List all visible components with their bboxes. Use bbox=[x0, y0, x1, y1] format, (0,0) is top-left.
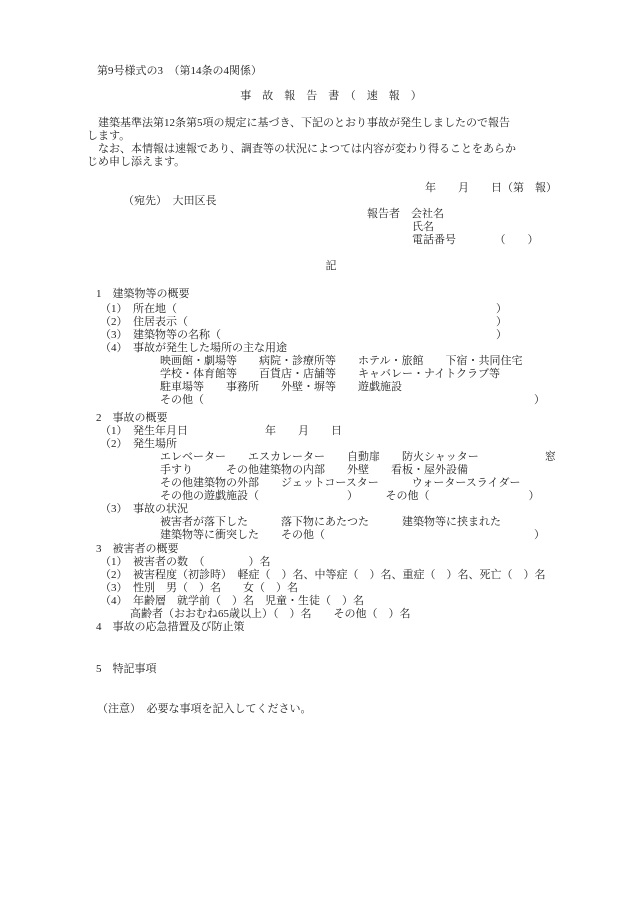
reporter-company-field: 会社名 bbox=[400, 208, 444, 220]
accident-report-document: 第9号様式の3 （第14条の4関係） 事 故 報 告 書 （ 速 報 ） 建築基… bbox=[0, 0, 630, 903]
s2-place-options-2: 手すり その他建築物の内部 外壁 看板・屋外設備 bbox=[87, 464, 575, 477]
s1-use-options-3: 駐車場等 事務所 外壁・塀等 遊戯施設 bbox=[87, 381, 575, 394]
s1-use-options-2: 学校・体育館等 百貨店・店舗等 キャバレー・ナイトクラブ等 bbox=[87, 368, 575, 381]
reporter-line: 報告者会社名 bbox=[87, 208, 575, 221]
section-3-heading: 3 被害者の概要 bbox=[87, 543, 575, 556]
report-date-line: 年 月 日（第 報） bbox=[87, 182, 575, 195]
intro-line-1: 建築基準法第12条第5項の規定に基づき、下記のとおり事故が発生しましたので報告 bbox=[87, 117, 575, 130]
section-1-heading: 1 建築物等の概要 bbox=[87, 288, 575, 301]
document-body: 第9号様式の3 （第14条の4関係） 事 故 報 告 書 （ 速 報 ） 建築基… bbox=[87, 65, 575, 716]
intro-line-4: じめ申し添えます。 bbox=[87, 156, 575, 169]
s2-situation-options-2: 建築物等に衝突した その他（ ） bbox=[87, 529, 575, 542]
s1-item-location: （1） 所在地（ ） bbox=[87, 303, 575, 316]
s3-item-age: （4） 年齢層 就学前（ ）名 児童・生徒（ ）名 bbox=[87, 595, 575, 608]
s2-place-options-4: その他の遊戯施設（ ） その他（ ） bbox=[87, 490, 575, 503]
s3-item-count: （1） 被害者の数 （ ）名 bbox=[87, 556, 575, 569]
s2-item-situation: （3） 事故の状況 bbox=[87, 503, 575, 516]
form-number: 第9号様式の3 （第14条の4関係） bbox=[87, 65, 575, 78]
section-2-heading: 2 事故の概要 bbox=[87, 412, 575, 425]
document-title: 事 故 報 告 書 （ 速 報 ） bbox=[87, 90, 575, 103]
s3-item-severity: （2） 被害程度（初診時） 軽症（ ）名、中等症（ ）名、重症（ ）名、死亡（ … bbox=[87, 569, 575, 582]
s2-item-date: （1） 発生年月日 年 月 日 bbox=[87, 425, 575, 438]
ki-marker: 記 bbox=[87, 260, 575, 273]
s1-use-options-1: 映画館・劇場等 病院・診療所等 ホテル・旅館 下宿・共同住宅 bbox=[87, 355, 575, 368]
s3-item-sex: （3） 性別 男（ ）名 女（ ）名 bbox=[87, 582, 575, 595]
addressee-line: （宛先） 大田区長 bbox=[87, 195, 575, 208]
reporter-phone-field: 電話番号 （ ） bbox=[87, 234, 575, 247]
note-line: （注意） 必要な事項を記入してください。 bbox=[87, 703, 575, 716]
intro-line-3: なお、本情報は速報であり、調査等の状況によつては内容が変わり得ることをあらか bbox=[87, 143, 575, 156]
s3-item-age-continued: 高齢者（おおむね65歳以上）（ ）名 その他（ ）名 bbox=[87, 608, 575, 621]
s2-item-place: （2） 発生場所 bbox=[87, 438, 575, 451]
section-4-heading: 4 事故の応急措置及び防止策 bbox=[87, 621, 575, 634]
intro-line-2: します。 bbox=[87, 130, 575, 143]
s2-place-options-3: その他建築物の外部 ジェットコースター ウォータースライダー bbox=[87, 477, 575, 490]
s2-situation-options-1: 被害者が落下した 落下物にあたつた 建築物等に挟まれた bbox=[87, 516, 575, 529]
s1-item-address-display: （2） 住居表示（ ） bbox=[87, 316, 575, 329]
section-5-heading: 5 特記事項 bbox=[87, 663, 575, 676]
s1-item-building-name: （3） 建築物等の名称（ ） bbox=[87, 329, 575, 342]
s2-place-options-1: エレベーター エスカレーター 自動扉 防火シャッター 窓 bbox=[87, 451, 575, 464]
reporter-label: 報告者 bbox=[367, 208, 400, 220]
reporter-name-field: 氏名 bbox=[87, 221, 575, 234]
s1-use-other: その他（ ） bbox=[87, 394, 575, 407]
s1-item-place-use: （4） 事故が発生した場所の主な用途 bbox=[87, 342, 575, 355]
